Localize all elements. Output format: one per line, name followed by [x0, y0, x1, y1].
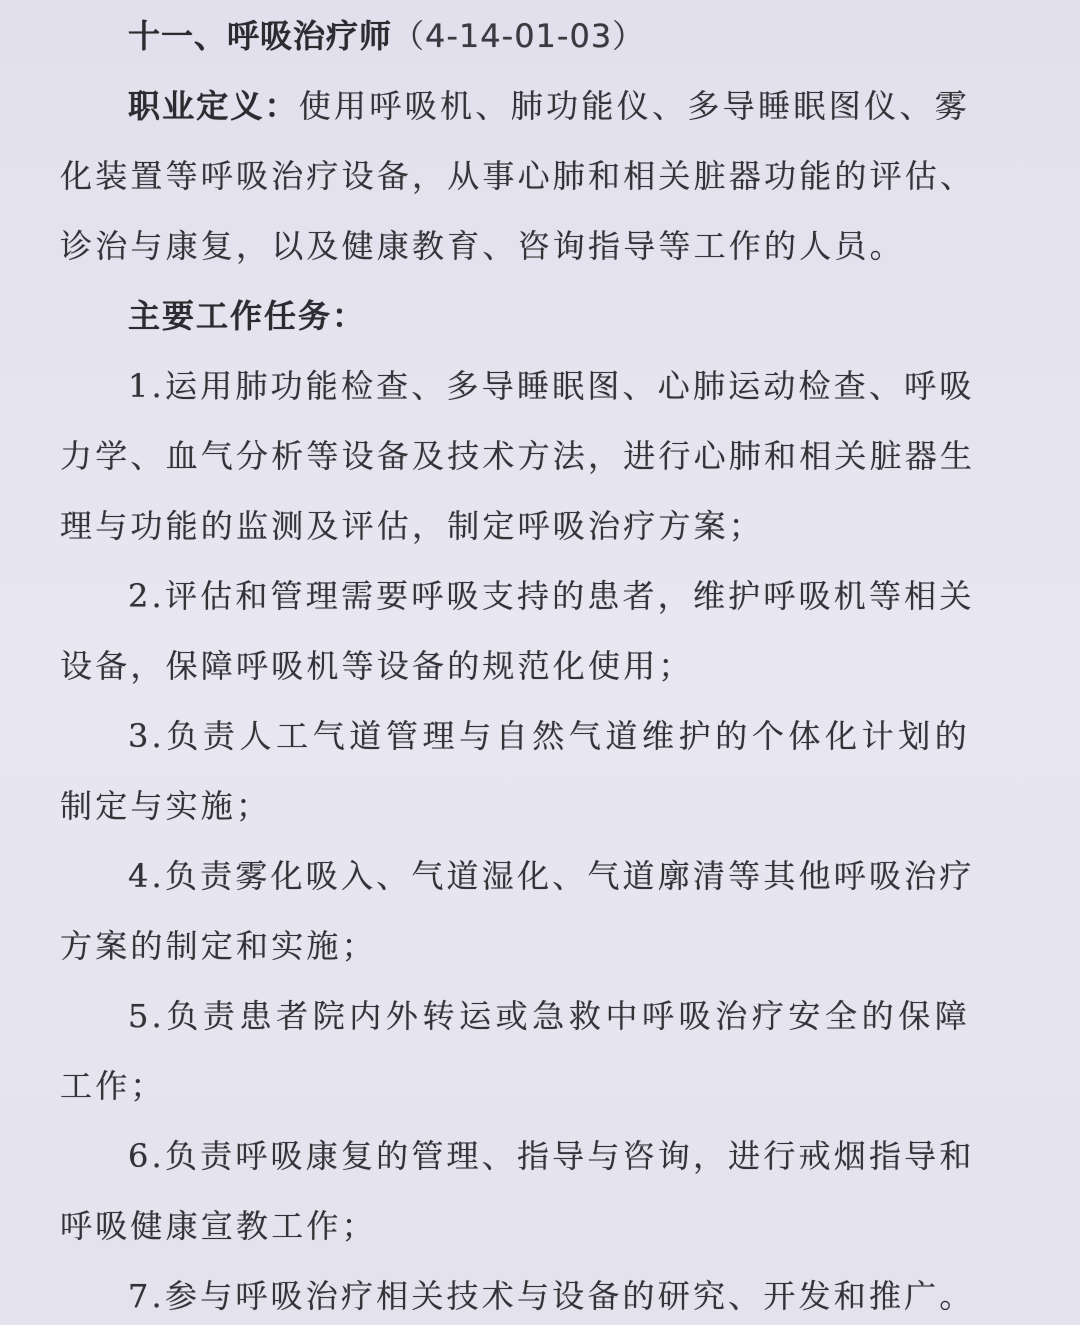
- definition-line-1: 职业定义：使用呼吸机、肺功能仪、多导睡眠图仪、雾: [128, 86, 970, 126]
- task-number: 3.: [128, 717, 165, 755]
- task-4-line-2: 方案的制定和实施；: [60, 926, 970, 966]
- task-1-line-3: 理与功能的监测及评估，制定呼吸治疗方案；: [60, 506, 970, 546]
- task-6-line-1: 6.负责呼吸康复的管理、指导与咨询，进行戒烟指导和: [128, 1136, 970, 1176]
- task-1-line-2: 力学、血气分析等设备及技术方法，进行心肺和相关脏器生: [60, 436, 970, 476]
- section-code: （4-14-01-03）: [392, 17, 645, 55]
- definition-line-2: 化装置等呼吸治疗设备，从事心肺和相关脏器功能的评估、: [60, 156, 970, 196]
- task-number: 2.: [128, 577, 165, 615]
- document-page: 十一、呼吸治疗师（4-14-01-03） 职业定义：使用呼吸机、肺功能仪、多导睡…: [0, 0, 1080, 1325]
- task-6-line-2: 呼吸健康宣教工作；: [60, 1206, 970, 1246]
- definition-line-3: 诊治与康复，以及健康教育、咨询指导等工作的人员。: [60, 226, 970, 266]
- task-text: 评估和管理需要呼吸支持的患者，维护呼吸机等相关: [165, 577, 975, 615]
- task-4-line-1: 4.负责雾化吸入、气道湿化、气道廓清等其他呼吸治疗: [128, 856, 970, 896]
- task-number: 5.: [128, 997, 165, 1035]
- task-2-line-1: 2.评估和管理需要呼吸支持的患者，维护呼吸机等相关: [128, 576, 970, 616]
- task-number: 1.: [128, 367, 165, 405]
- tasks-heading: 主要工作任务：: [128, 296, 970, 336]
- task-text: 负责雾化吸入、气道湿化、气道廓清等其他呼吸治疗: [165, 857, 975, 895]
- task-5-line-2: 工作；: [60, 1066, 970, 1106]
- task-number: 6.: [128, 1137, 165, 1175]
- task-text: 负责患者院内外转运或急救中呼吸治疗安全的保障: [165, 997, 970, 1035]
- task-number: 4.: [128, 857, 165, 895]
- task-2-line-2: 设备，保障呼吸机等设备的规范化使用；: [60, 646, 970, 686]
- definition-text: 使用呼吸机、肺功能仪、多导睡眠图仪、雾: [299, 87, 970, 125]
- section-title: 十一、呼吸治疗师（4-14-01-03）: [128, 16, 970, 56]
- task-5-line-1: 5.负责患者院内外转运或急救中呼吸治疗安全的保障: [128, 996, 970, 1036]
- task-7-line-1: 7.参与呼吸治疗相关技术与设备的研究、开发和推广。: [128, 1276, 970, 1316]
- task-1-line-1: 1.运用肺功能检查、多导睡眠图、心肺运动检查、呼吸: [128, 366, 970, 406]
- task-3-line-1: 3.负责人工气道管理与自然气道维护的个体化计划的: [128, 716, 970, 756]
- section-title-text: 十一、呼吸治疗师: [128, 17, 392, 55]
- definition-label: 职业定义：: [128, 87, 299, 125]
- task-text: 负责人工气道管理与自然气道维护的个体化计划的: [165, 717, 970, 755]
- task-3-line-2: 制定与实施；: [60, 786, 970, 826]
- task-number: 7.: [128, 1277, 165, 1315]
- task-text: 负责呼吸康复的管理、指导与咨询，进行戒烟指导和: [165, 1137, 975, 1175]
- task-text: 参与呼吸治疗相关技术与设备的研究、开发和推广。: [165, 1277, 975, 1315]
- task-text: 运用肺功能检查、多导睡眠图、心肺运动检查、呼吸: [165, 367, 975, 405]
